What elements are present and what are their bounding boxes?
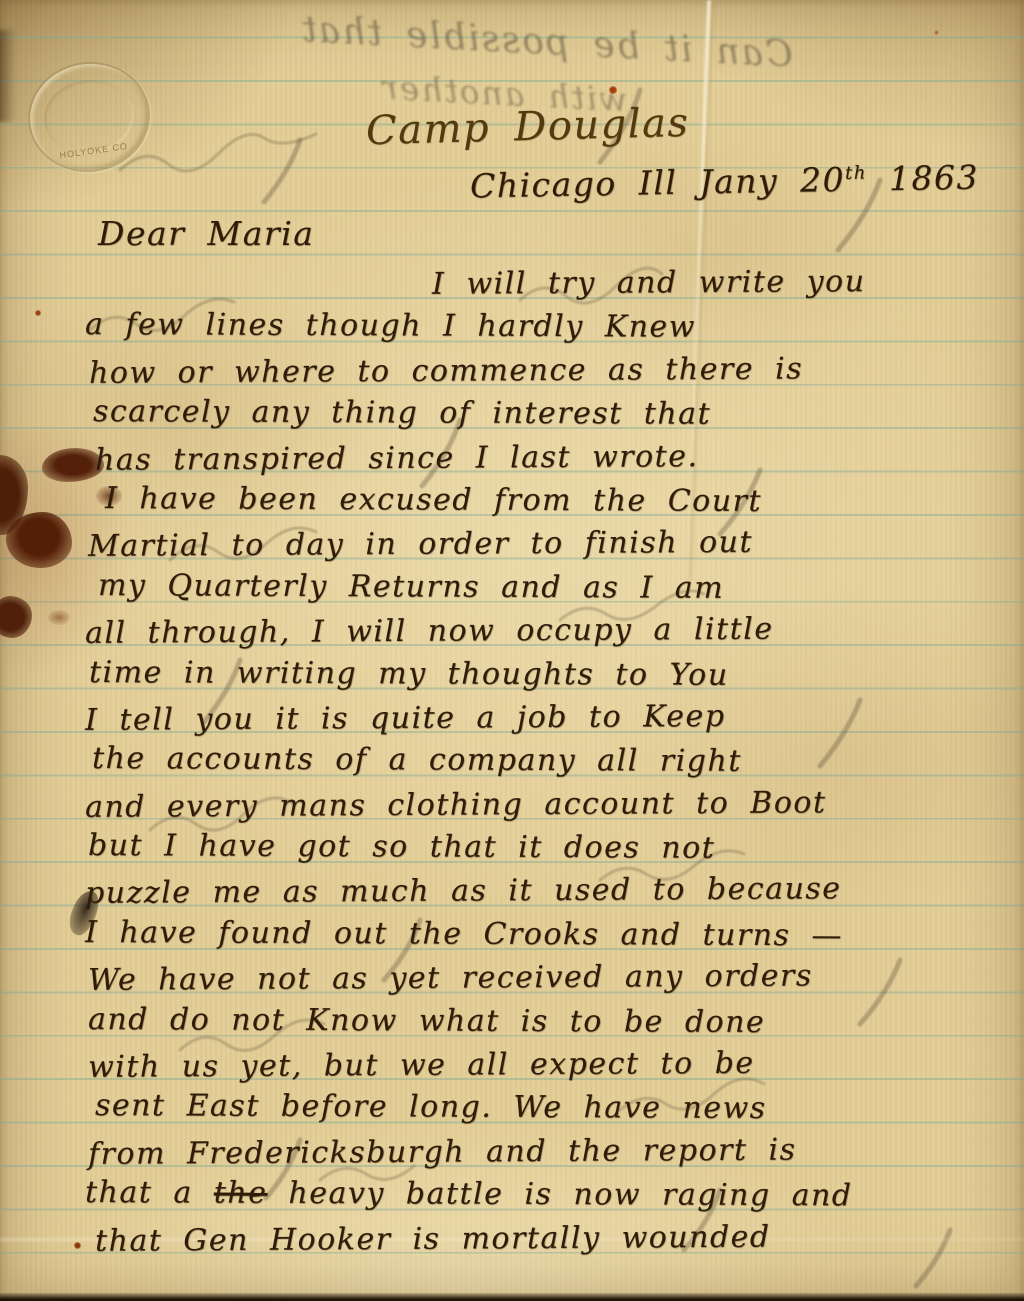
stain-blob xyxy=(0,596,32,638)
dateline-year: 1863 xyxy=(867,158,980,199)
stain-blob xyxy=(0,455,28,535)
rust-speck xyxy=(74,1242,81,1249)
letter-line: I have been excused from the Court xyxy=(85,477,1015,524)
letter-heading-dateline: Chicago Ill Jany 20th 1863 xyxy=(470,158,980,206)
letter-line: I tell you it is quite a job to Keep xyxy=(85,693,1015,742)
letter-line: has transpired since I last wrote. xyxy=(85,433,1015,482)
letter-line: my Quarterly Returns and as I am xyxy=(85,564,1015,611)
letter-line: that Gen Hooker is mortally wounded xyxy=(85,1214,1015,1263)
rust-speck xyxy=(609,86,617,94)
letter-line: scarcely any thing of interest that xyxy=(85,390,1015,437)
letter-scan-page: Can it be possible that with another HOL… xyxy=(0,0,1024,1301)
strikethrough-word: the xyxy=(214,1176,268,1211)
letter-line-with-strikeout: that a the heavy battle is now raging an… xyxy=(85,1171,1015,1218)
letter-line: a few lines though I hardly Knew xyxy=(85,303,1015,350)
stain-blob xyxy=(6,512,72,568)
scan-bottom-edge xyxy=(0,1293,1024,1301)
letter-line: all through, I will now occupy a little xyxy=(85,606,1015,655)
letter-line: from Fredericksburgh and the report is xyxy=(85,1127,1015,1176)
dateline-text: Chicago Ill Jany 20 xyxy=(470,160,846,206)
letter-heading-camp: Camp Douglas xyxy=(365,100,689,154)
letter-line: the accounts of a company all right xyxy=(85,737,1015,784)
salutation: Dear Maria xyxy=(98,214,314,253)
letter-line: and every mans clothing account to Boot xyxy=(85,780,1015,829)
letter-line: puzzle me as much as it used to because xyxy=(85,867,1015,916)
rust-speck xyxy=(35,310,41,316)
edge-stain xyxy=(0,30,16,122)
bleedthrough-line: Can it be possible that xyxy=(299,9,793,76)
embossed-stamp: HOLYOKE CO xyxy=(21,54,157,180)
line-text: that a xyxy=(85,1175,214,1211)
letter-line: I have found out the Crooks and turns — xyxy=(85,911,1015,958)
letter-line: time in writing my thoughts to You xyxy=(85,650,1015,697)
letter-line: We have not as yet received any orders xyxy=(85,953,1015,1002)
letter-line: and do not Know what is to be done xyxy=(85,998,1015,1045)
stain-blob xyxy=(48,610,70,625)
letter-line: sent East before long. We have news xyxy=(85,1084,1015,1131)
date-superscript: th xyxy=(845,163,867,184)
letter-body: I will try and write you a few lines tho… xyxy=(85,262,1015,1260)
letter-line: how or where to commence as there is xyxy=(85,346,1015,395)
letter-line: Martial to day in order to finish out xyxy=(85,520,1015,569)
letter-line: I will try and write you xyxy=(85,259,1015,308)
letter-line: but I have got so that it does not xyxy=(85,824,1015,871)
letter-line: with us yet, but we all expect to be xyxy=(85,1040,1015,1089)
line-text: heavy battle is now raging and xyxy=(267,1176,852,1214)
rust-speck xyxy=(934,30,939,35)
